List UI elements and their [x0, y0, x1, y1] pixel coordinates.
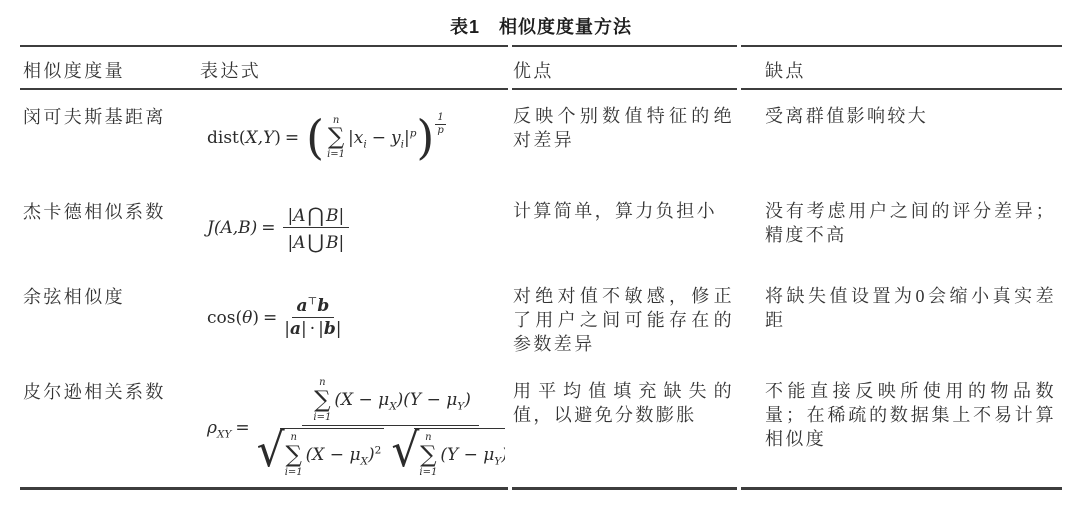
- paper-table-page: 表1 相似度度量方法 相似度度量 表达式 优点 缺点 闵可夫斯基距离 dist(…: [0, 0, 1080, 509]
- header-expression: 表达式: [195, 45, 505, 90]
- summation-symbol: n ∑ i=1: [313, 377, 331, 423]
- cons-text: 受离群值影响较大: [745, 90, 1062, 185]
- header-cons: 缺点: [745, 45, 1062, 90]
- cons-text: 将缺失值设置为0会缩小真实差距: [745, 270, 1062, 365]
- pros-text: 对绝对值不敏感，修正了用户之间可能存在的参数差异: [505, 270, 745, 365]
- formula-minkowski: dist(X,Y)= ( n ∑ i=1 |xi−yi|p )1p: [195, 90, 505, 185]
- table-title: 表1 相似度度量方法: [20, 13, 1062, 39]
- header-pros: 优点: [505, 45, 745, 90]
- summation-symbol: n ∑ i=1: [285, 432, 303, 478]
- square-root: √ n ∑ i=1 (Y − μY)2: [391, 428, 505, 478]
- formula-jaccard: J(A,B)= |A⋂B| |A⋃B|: [195, 185, 505, 270]
- transpose-symbol: ⊤: [308, 295, 318, 307]
- union-symbol: ⋃: [308, 230, 324, 254]
- cons-text: 不能直接反映所使用的物品数量；在稀疏的数据集上不易计算相似度: [745, 365, 1062, 490]
- radical-symbol: √: [257, 428, 285, 475]
- big-paren-close: ): [416, 115, 434, 160]
- fraction: n ∑ i=1 (X − μX)(Y − μY) √: [257, 377, 505, 478]
- header-measure: 相似度度量: [20, 45, 195, 90]
- measure-name: 杰卡德相似系数: [20, 185, 195, 270]
- similarity-table: 相似度度量 表达式 优点 缺点 闵可夫斯基距离 dist(X,Y)= ( n ∑…: [20, 45, 1062, 490]
- fraction: a⊤b |a|·|b|: [284, 296, 341, 339]
- fraction: |A⋂B| |A⋃B|: [283, 202, 350, 253]
- pros-text: 计算简单，算力负担小: [505, 185, 745, 270]
- formula-cosine: cos(θ)= a⊤b |a|·|b|: [195, 270, 505, 365]
- square-root: √ n ∑ i=1 (X − μX)2: [257, 428, 385, 478]
- pros-text: 用平均值填充缺失的值，以避免分数膨胀: [505, 365, 745, 490]
- cons-text: 没有考虑用户之间的评分差异；精度不高: [745, 185, 1062, 270]
- big-paren-open: (: [306, 115, 324, 160]
- intersection-symbol: ⋂: [308, 203, 324, 227]
- summation-symbol: n ∑ i=1: [419, 432, 437, 478]
- radical-symbol: √: [391, 428, 419, 475]
- summation-symbol: n ∑ i=1: [327, 115, 345, 161]
- formula-pearson: ρXY= n ∑ i=1 (X − μX)(Y − μY): [195, 365, 505, 490]
- pros-text: 反映个别数值特征的绝对差异: [505, 90, 745, 185]
- measure-name: 闵可夫斯基距离: [20, 90, 195, 185]
- measure-name: 余弦相似度: [20, 270, 195, 365]
- exponent-one-over-p: 1p: [435, 112, 445, 138]
- measure-name: 皮尔逊相关系数: [20, 365, 195, 490]
